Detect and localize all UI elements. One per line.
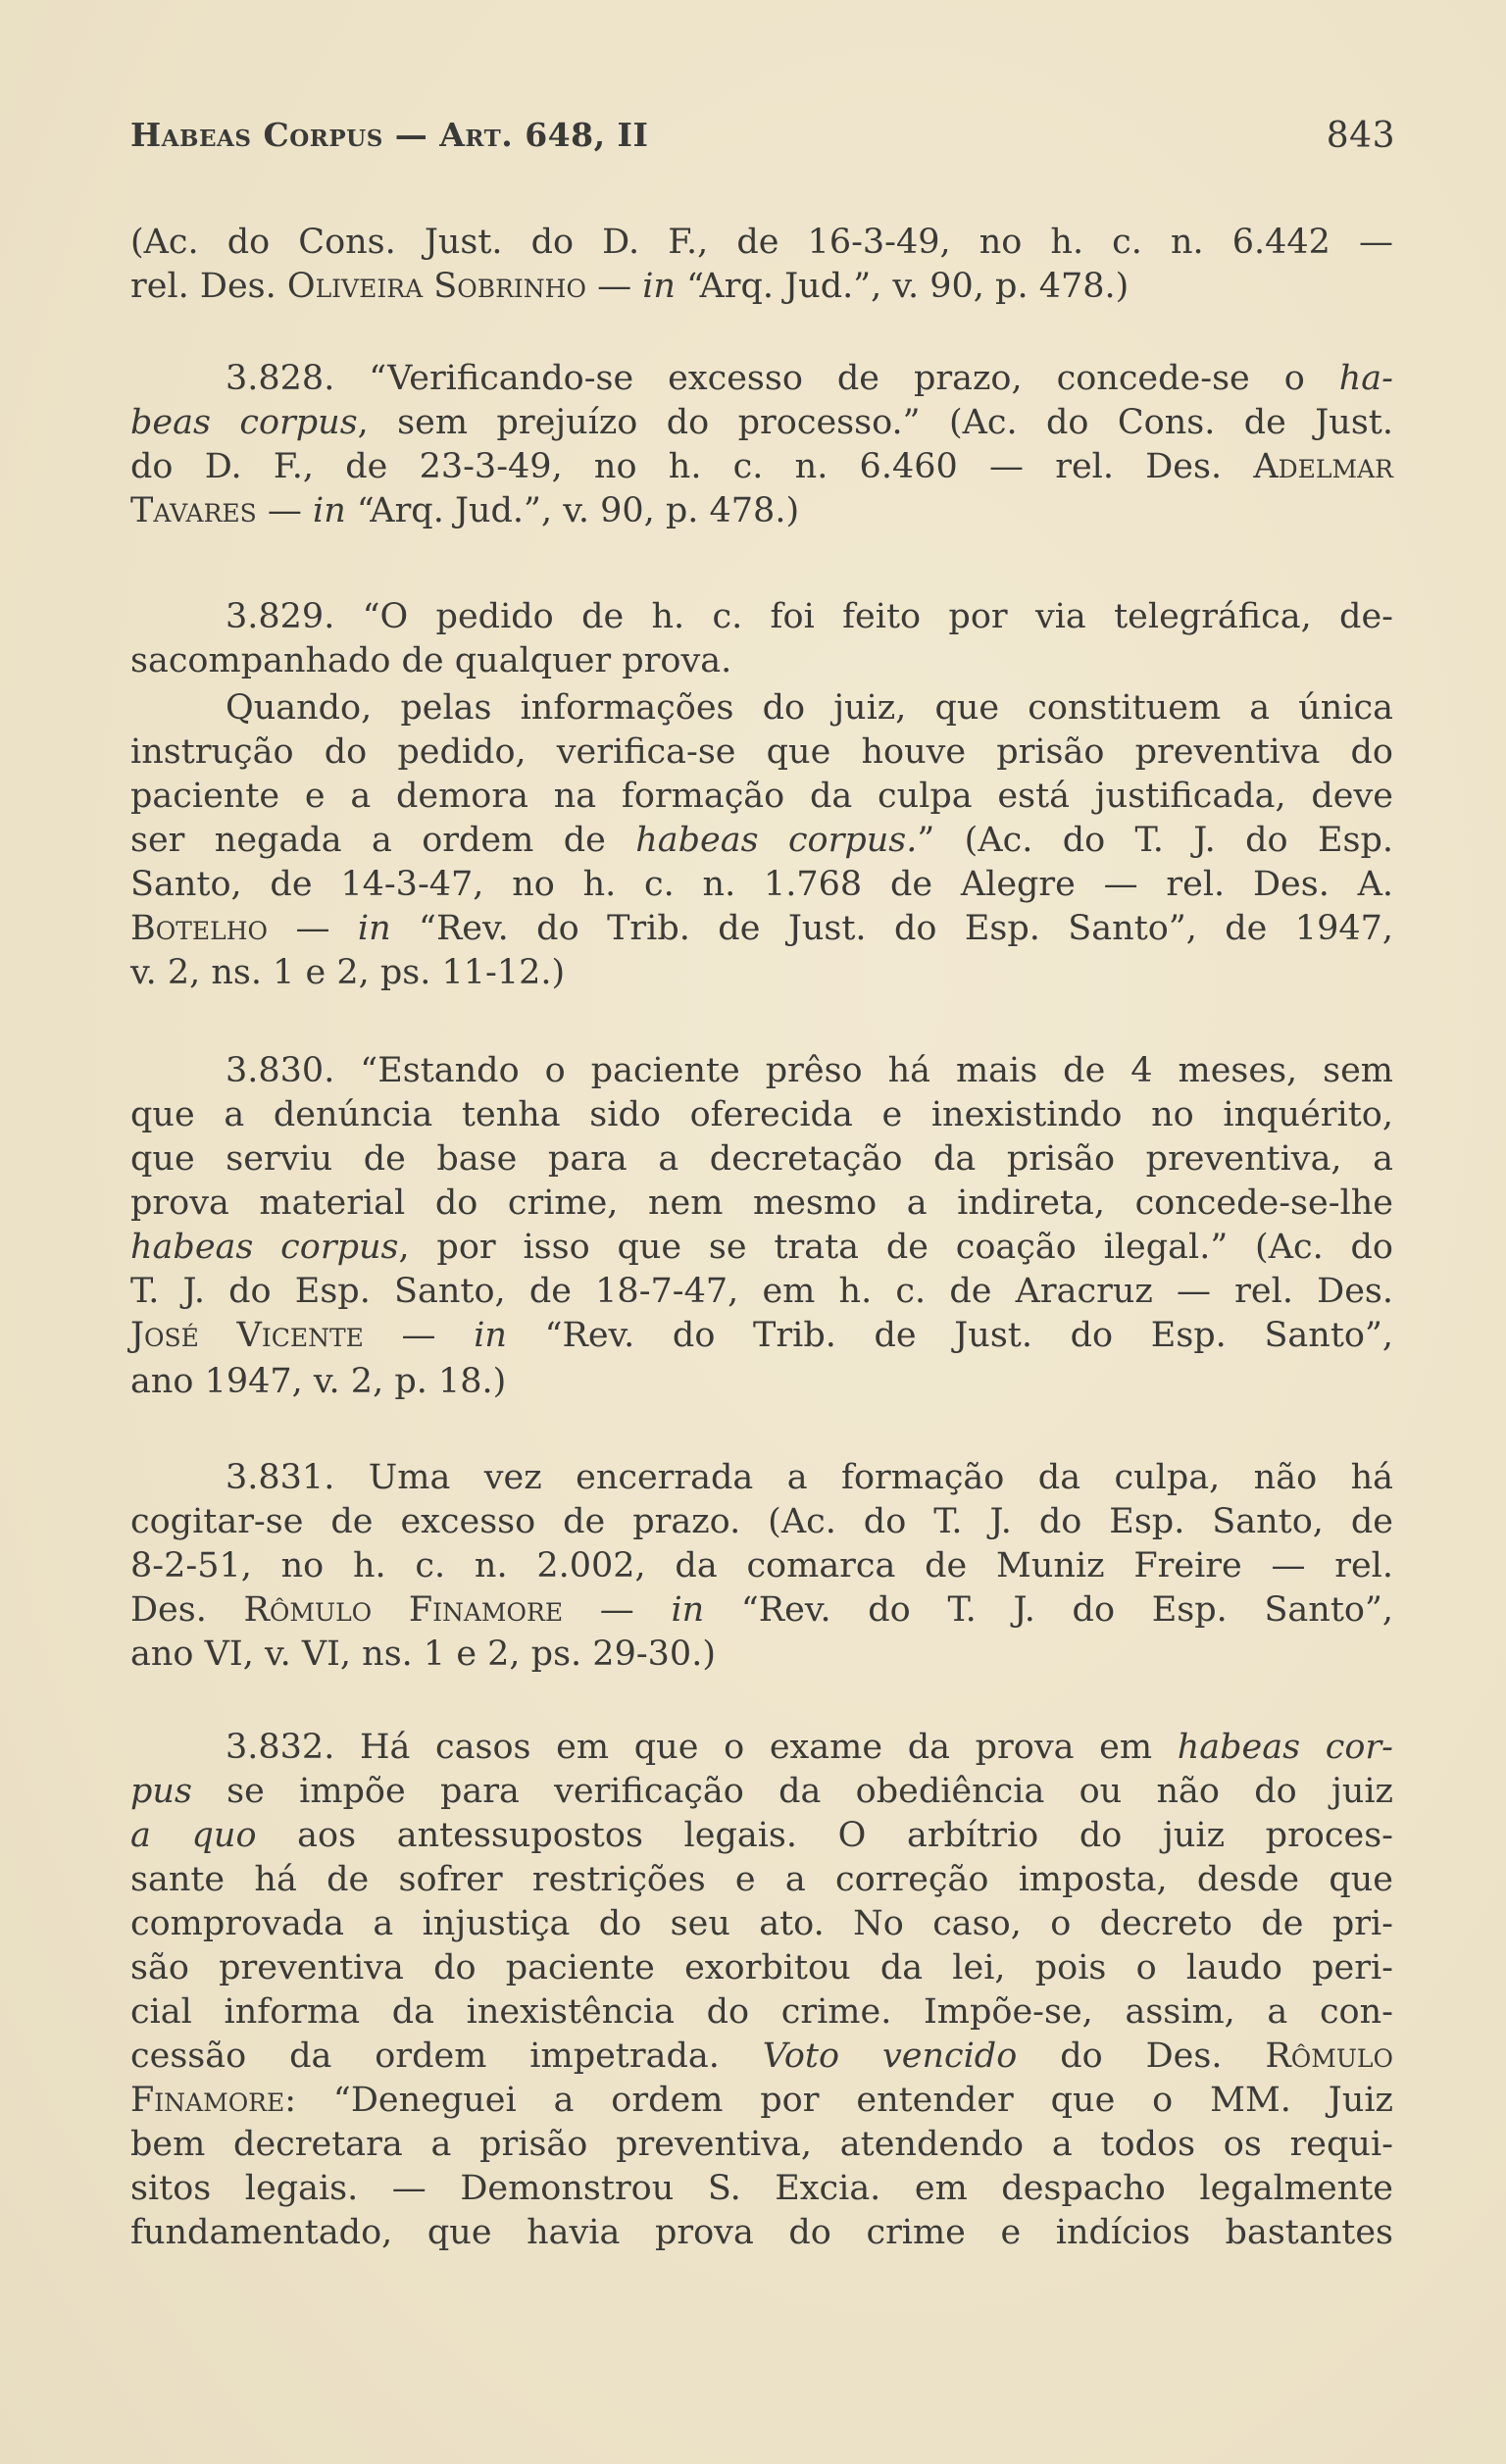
text-line: prova material do crime, nem mesmo a ind… (130, 1182, 1393, 1226)
text-segment: Santo, de 14-3-47, no h. c. n. 1.768 de … (130, 865, 1393, 904)
text-line: sante há de sofrer restrições e a correç… (130, 1858, 1393, 1902)
small-caps-name: Rômulo Finamore (244, 1590, 564, 1630)
text-line: 3.831. Uma vez encerrada a formação da c… (226, 1456, 1393, 1500)
text-segment: , sem prejuízo do processo.” (Ac. do Con… (358, 403, 1393, 442)
text-segment: ano VI, v. VI, ns. 1 e 2, ps. 29-30.) (130, 1634, 716, 1674)
text-segment: bem decretara a prisão preventiva, atend… (130, 2125, 1393, 2164)
text-line: 3.832. Há casos em que o exame da prova … (226, 1726, 1393, 1770)
text-line: 3.829. “O pedido de h. c. foi feito por … (226, 595, 1393, 639)
text-segment: 8-2-51, no h. c. n. 2.002, da comarca de… (130, 1546, 1393, 1585)
text-line: pus se impõe para verificação da obediên… (130, 1770, 1393, 1814)
italic-text: habeas corpus (130, 1228, 398, 1267)
text-line: fundamentado, que havia prova do crime e… (130, 2211, 1393, 2255)
text-line: Quando, pelas informações do juiz, que c… (226, 686, 1393, 730)
text-line: Tavares — in “Arq. Jud.”, v. 90, p. 478.… (130, 489, 1393, 533)
text-segment: — (586, 267, 642, 306)
text-segment: sante há de sofrer restrições e a correç… (130, 1860, 1393, 1899)
text-segment: 3.828. “Verificando-se excesso de prazo,… (226, 359, 1339, 398)
italic-text: habeas corpus. (635, 821, 917, 860)
text-line: habeas corpus, por isso que se trata de … (130, 1226, 1393, 1270)
small-caps-name: José Vicente (130, 1316, 364, 1355)
italic-text: in (313, 491, 346, 530)
text-segment: rel. Des. (130, 267, 287, 306)
text-line: que a denúncia tenha sido oferecida e in… (130, 1093, 1393, 1137)
text-segment: aos antessupostos legais. O arbítrio do … (257, 1816, 1393, 1855)
text-line: sitos legais. — Demonstrou S. Excia. em … (130, 2167, 1393, 2211)
text-segment: que serviu de base para a decretação da … (130, 1139, 1393, 1179)
text-line: (Ac. do Cons. Just. do D. F., de 16-3-49… (130, 221, 1393, 265)
small-caps-name: Botelho (130, 909, 268, 948)
text-segment: comprovada a injustiça do seu ato. No ca… (130, 1904, 1393, 1943)
text-segment: instrução do pedido, verifica-se que hou… (130, 732, 1393, 772)
italic-text: habeas cor- (1178, 1728, 1393, 1767)
book-page: Habeas Corpus — Art. 648, II 843 (Ac. do… (0, 0, 1506, 2464)
text-line: sacompanhado de qualquer prova. (130, 639, 1393, 683)
italic-text: pus (130, 1772, 192, 1811)
text-segment: “Arq. Jud.”, v. 90, p. 478.) (346, 491, 799, 530)
text-line: Finamore: “Deneguei a ordem por entender… (130, 2079, 1393, 2123)
small-caps-name: Oliveira Sobrinho (287, 267, 586, 306)
text-line: que serviu de base para a decretação da … (130, 1137, 1393, 1182)
text-segment: Des. (130, 1590, 244, 1630)
text-segment: paciente e a demora na formação da culpa… (130, 777, 1393, 816)
text-segment: , por isso que se trata de coação ilegal… (398, 1228, 1393, 1267)
text-segment: — (364, 1316, 474, 1355)
text-segment: 3.830. “Estando o paciente prêso há mais… (226, 1051, 1393, 1090)
text-segment: fundamentado, que havia prova do crime e… (130, 2213, 1393, 2252)
text-line: comprovada a injustiça do seu ato. No ca… (130, 1902, 1393, 1946)
text-line: rel. Des. Oliveira Sobrinho — in “Arq. J… (130, 265, 1393, 309)
small-caps-name: Adelmar (1253, 447, 1393, 486)
text-line: Santo, de 14-3-47, no h. c. n. 1.768 de … (130, 863, 1393, 907)
text-segment: 3.829. “O pedido de h. c. foi feito por … (226, 597, 1393, 636)
text-line: v. 2, ns. 1 e 2, ps. 11-12.) (130, 951, 1393, 995)
page-number: 843 (1327, 116, 1395, 156)
text-line: ano 1947, v. 2, p. 18.) (130, 1360, 1393, 1404)
italic-text: in (474, 1316, 507, 1355)
text-line: T. J. do Esp. Santo, de 18-7-47, em h. c… (130, 1270, 1393, 1314)
text-segment: “Arq. Jud.”, v. 90, p. 478.) (676, 267, 1129, 306)
text-line: 8-2-51, no h. c. n. 2.002, da comarca de… (130, 1544, 1393, 1588)
text-segment: 3.832. Há casos em que o exame da prova … (226, 1728, 1178, 1767)
text-segment: cial informa da inexistência do crime. I… (130, 1992, 1393, 2032)
text-segment: “Rev. do T. J. do Esp. Santo”, (704, 1590, 1393, 1630)
running-head: Habeas Corpus — Art. 648, II 843 (130, 116, 1395, 165)
italic-text: in (358, 909, 391, 948)
italic-text: Voto vencido (763, 2037, 1018, 2076)
text-segment: se impõe para verificação da obediência … (192, 1772, 1393, 1811)
text-line: 3.828. “Verificando-se excesso de prazo,… (226, 357, 1393, 401)
text-line: José Vicente — in “Rev. do Trib. de Just… (130, 1314, 1393, 1358)
text-line: instrução do pedido, verifica-se que hou… (130, 730, 1393, 775)
text-line: ano VI, v. VI, ns. 1 e 2, ps. 29-30.) (130, 1633, 1393, 1677)
text-line: do D. F., de 23-3-49, no h. c. n. 6.460 … (130, 445, 1393, 489)
text-segment: cogitar-se de excesso de prazo. (Ac. do … (130, 1502, 1393, 1541)
text-line: cial informa da inexistência do crime. I… (130, 1990, 1393, 2035)
text-segment: — (563, 1590, 671, 1630)
text-segment: sacompanhado de qualquer prova. (130, 641, 731, 680)
text-line: são preventiva do paciente exorbitou da … (130, 1946, 1393, 1990)
text-segment: T. J. do Esp. Santo, de 18-7-47, em h. c… (130, 1272, 1393, 1311)
text-segment: ” (Ac. do T. J. do Esp. (917, 821, 1393, 860)
text-segment: prova material do crime, nem mesmo a ind… (130, 1183, 1393, 1223)
text-segment: “Rev. do Trib. de Just. do Esp. Santo”, … (391, 909, 1393, 948)
text-segment: — (268, 909, 358, 948)
text-segment: — (257, 491, 313, 530)
text-line: cessão da ordem impetrada. Voto vencido … (130, 2035, 1393, 2079)
italic-text: in (671, 1590, 704, 1630)
text-segment: v. 2, ns. 1 e 2, ps. 11-12.) (130, 953, 565, 992)
text-line: beas corpus, sem prejuízo do processo.” … (130, 401, 1393, 445)
italic-text: a quo (130, 1816, 257, 1855)
text-line: Des. Rômulo Finamore — in “Rev. do T. J.… (130, 1588, 1393, 1633)
italic-text: in (642, 267, 676, 306)
text-line: 3.830. “Estando o paciente prêso há mais… (226, 1049, 1393, 1093)
text-segment: ano 1947, v. 2, p. 18.) (130, 1362, 506, 1401)
text-line: paciente e a demora na formação da culpa… (130, 775, 1393, 819)
text-line: bem decretara a prisão preventiva, atend… (130, 2123, 1393, 2167)
small-caps-name: Rômulo (1265, 2037, 1393, 2076)
text-segment: : “Deneguei a ordem por entender que o M… (284, 2081, 1393, 2120)
running-head-title: Habeas Corpus — Art. 648, II (130, 116, 648, 154)
text-segment: do D. F., de 23-3-49, no h. c. n. 6.460 … (130, 447, 1253, 486)
text-segment: sitos legais. — Demonstrou S. Excia. em … (130, 2169, 1393, 2208)
italic-text: beas corpus (130, 403, 358, 442)
text-segment: que a denúncia tenha sido oferecida e in… (130, 1095, 1393, 1134)
text-segment: do Des. (1017, 2037, 1265, 2076)
text-segment: Quando, pelas informações do juiz, que c… (226, 688, 1393, 728)
text-segment: 3.831. Uma vez encerrada a formação da c… (226, 1458, 1393, 1497)
text-line: a quo aos antessupostos legais. O arbítr… (130, 1814, 1393, 1858)
small-caps-name: Tavares (130, 491, 257, 530)
italic-text: ha- (1339, 359, 1393, 398)
small-caps-name: Finamore (130, 2081, 284, 2120)
text-segment: (Ac. do Cons. Just. do D. F., de 16-3-49… (130, 223, 1393, 262)
text-segment: “Rev. do Trib. de Just. do Esp. Santo”, (507, 1316, 1393, 1355)
text-line: cogitar-se de excesso de prazo. (Ac. do … (130, 1500, 1393, 1544)
text-segment: são preventiva do paciente exorbitou da … (130, 1948, 1393, 1987)
text-segment: cessão da ordem impetrada. (130, 2037, 763, 2076)
text-line: Botelho — in “Rev. do Trib. de Just. do … (130, 907, 1393, 951)
text-segment: ser negada a ordem de (130, 821, 635, 860)
text-line: ser negada a ordem de habeas corpus.” (A… (130, 819, 1393, 863)
